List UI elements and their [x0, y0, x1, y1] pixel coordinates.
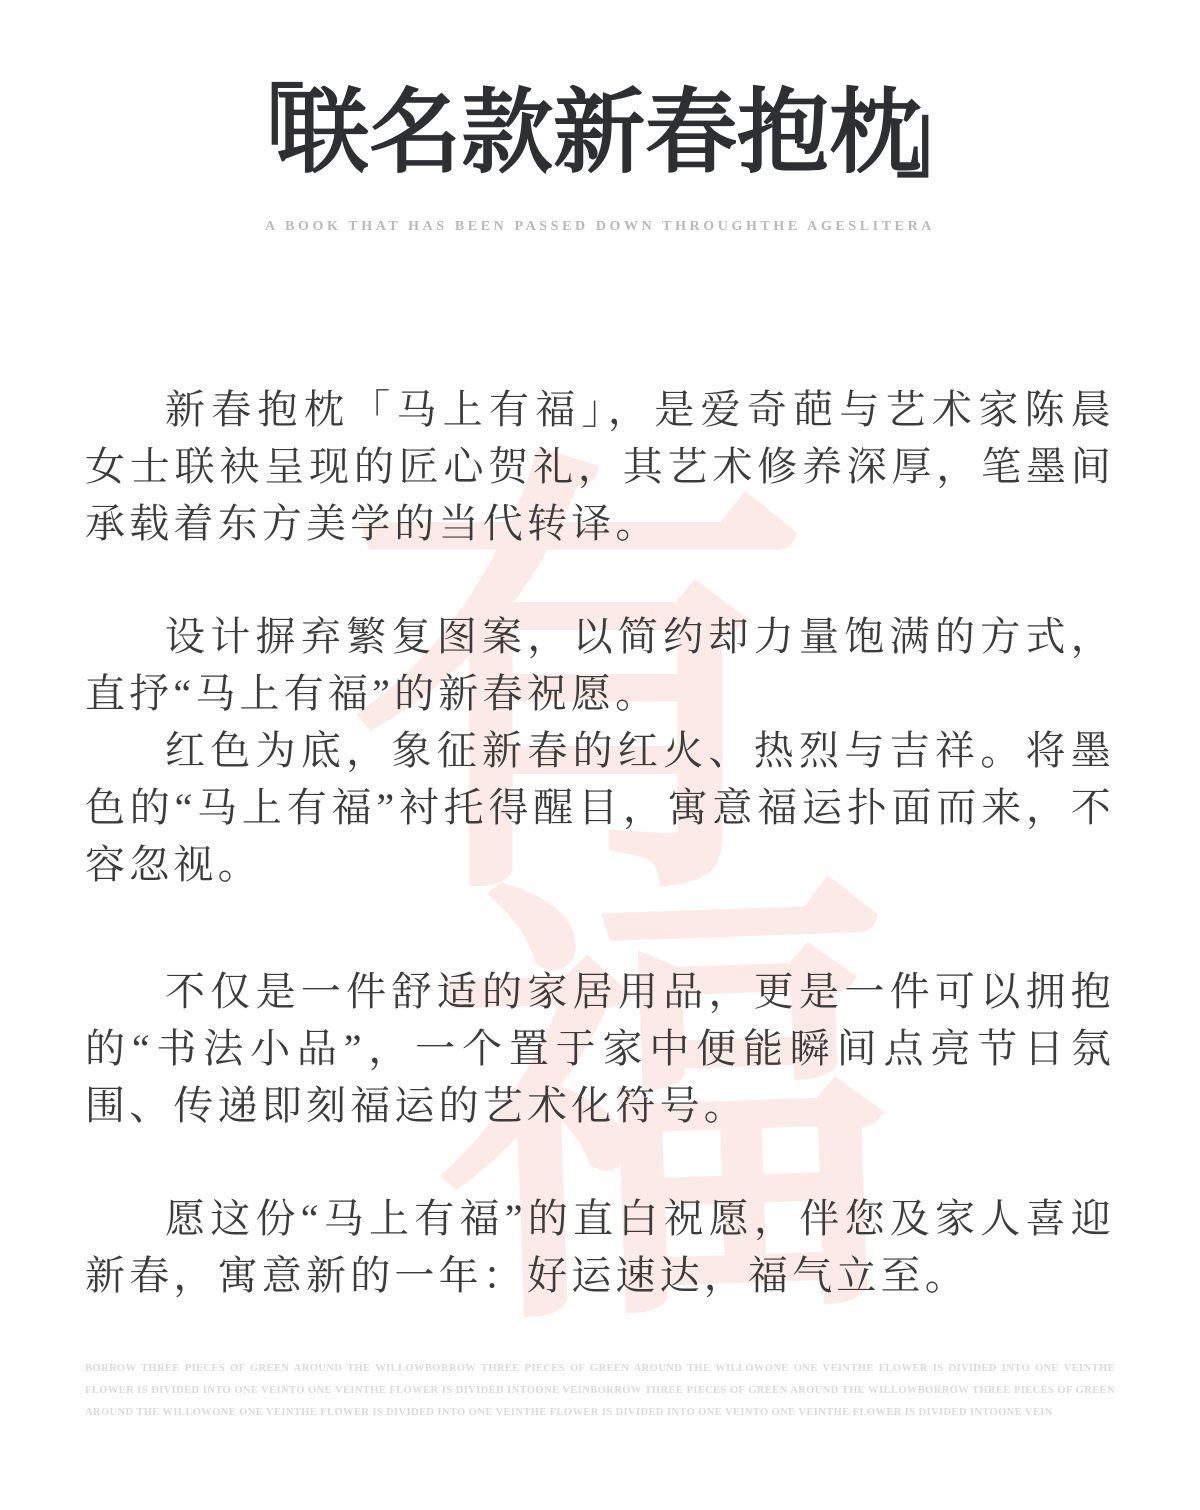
page-subtitle: A BOOK THAT HAS BEEN PASSED DOWN THROUGH… [0, 219, 1200, 235]
page: 有 福 「联名款新春抱枕」 A BOOK THAT HAS BEEN PASSE… [0, 0, 1200, 1510]
title-bracket-right: 」 [895, 81, 987, 196]
body-paragraph: 新春抱枕「马上有福」，是爱奇葩与艺术家陈晨女士联袂呈现的匠心贺礼，其艺术修养深厚… [85, 381, 1115, 552]
title-text: 联名款新春抱枕 [277, 82, 921, 184]
title-bracket-left: 「 [213, 73, 305, 188]
body-paragraph: 红色为底，象征新春的红火、热烈与吉祥。将墨色的“马上有福”衬托得醒目，寓意福运扑… [85, 722, 1115, 893]
page-title: 「联名款新春抱枕」 [0, 76, 1200, 191]
body-text: 新春抱枕「马上有福」，是爱奇葩与艺术家陈晨女士联袂呈现的匠心贺礼，其艺术修养深厚… [85, 381, 1115, 1304]
body-paragraph: 设计摒弃繁复图案，以简约却力量饱满的方式，直抒“马上有福”的新春祝愿。 [85, 608, 1115, 722]
footer: BORROW THREE PIECES OF GREEN AROUND THE … [85, 1358, 1115, 1424]
body-paragraph: 不仅是一件舒适的家居用品，更是一件可以拥抱的“书法小品”，一个置于家中便能瞬间点… [85, 963, 1115, 1134]
header: 「联名款新春抱枕」 A BOOK THAT HAS BEEN PASSED DO… [0, 0, 1200, 235]
footer-line: VEINTHE FLOWER IS DIVIDED INTO ONE VEINT… [266, 1407, 1053, 1418]
body-paragraph: 愿这份“马上有福”的直白祝愿，伴您及家人喜迎新春，寓意新的一年：好运速达，福气立… [85, 1190, 1115, 1304]
